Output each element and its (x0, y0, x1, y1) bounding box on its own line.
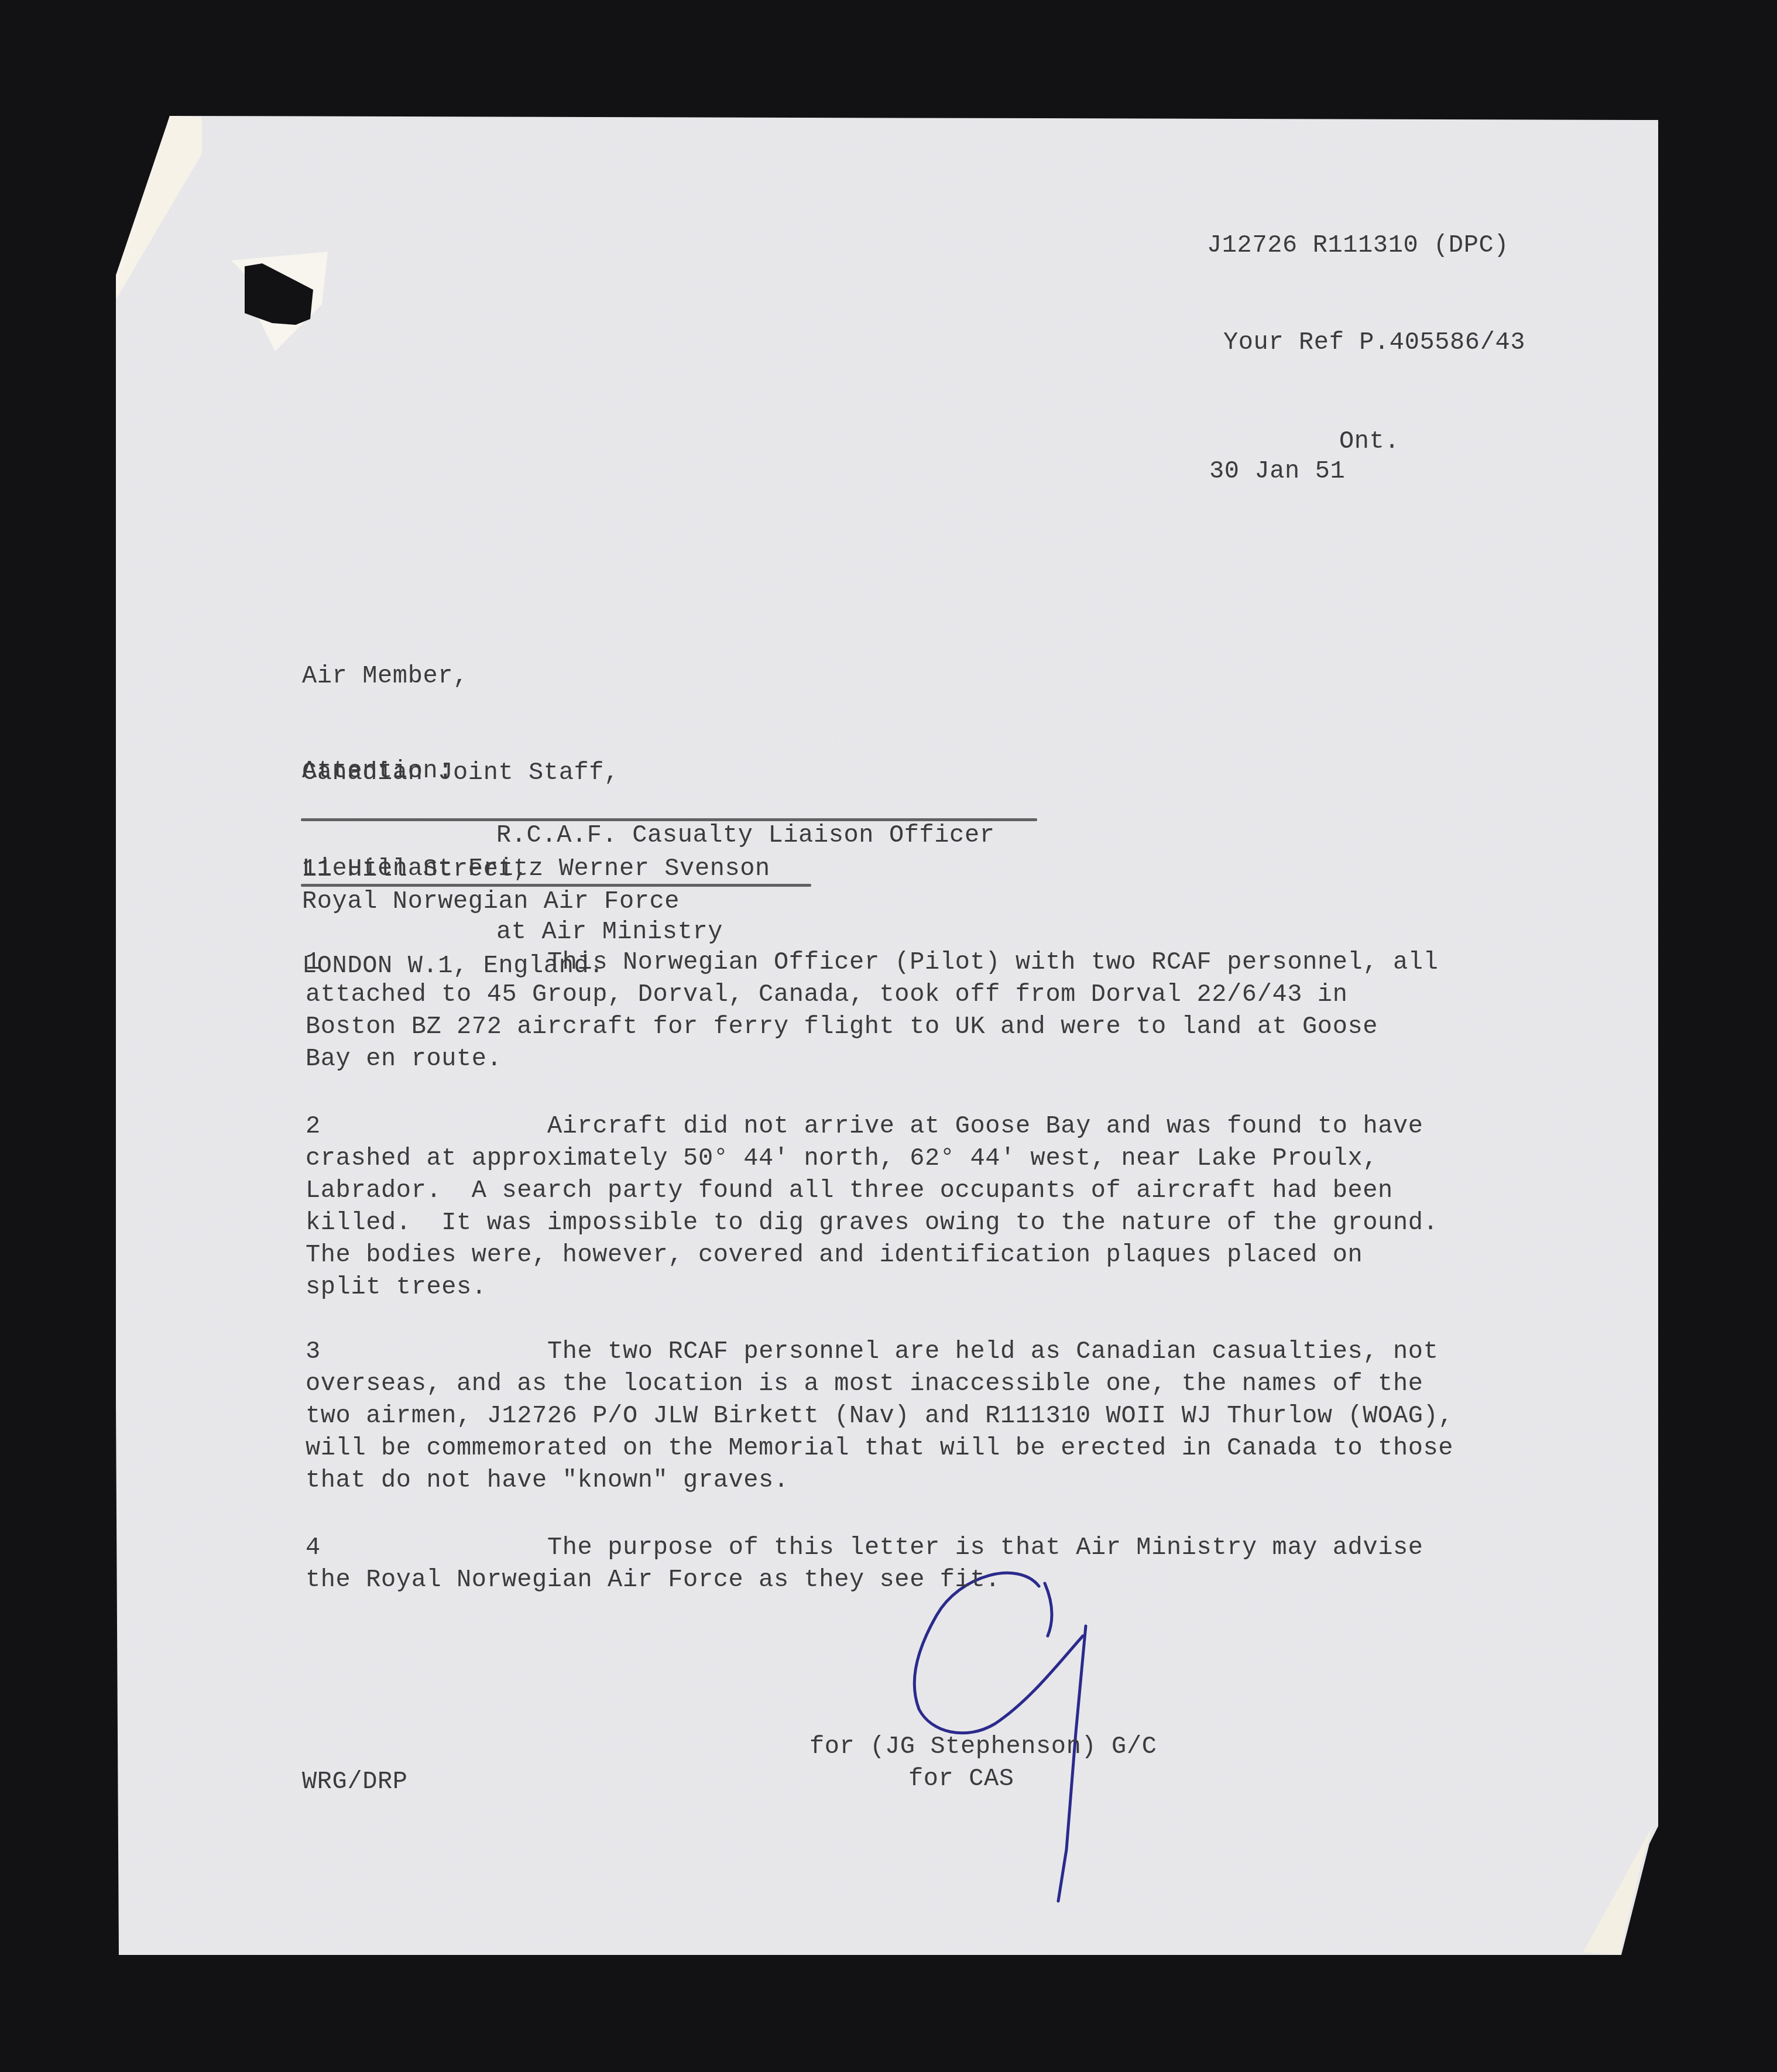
signature-line-2: for CAS (908, 1763, 1014, 1795)
paragraph-number: 3 (306, 1336, 321, 1368)
place: Ont. (1339, 426, 1399, 458)
paragraph-line: This Norwegian Officer (Pilot) with two … (547, 946, 1438, 979)
paragraph-number: 2 (306, 1110, 321, 1143)
paragraph-line: overseas, and as the location is a most … (306, 1368, 1423, 1400)
date: 30 Jan 51 (1209, 455, 1345, 488)
your-reference: Your Ref P.405586/43 (1223, 327, 1525, 359)
paragraph-line: Boston BZ 272 aircraft for ferry flight … (306, 1011, 1378, 1043)
paragraph-line: The purpose of this letter is that Air M… (547, 1532, 1423, 1564)
paragraph-line: Labrador. A search party found all three… (306, 1175, 1393, 1207)
addressee-line: Air Member, (302, 660, 619, 692)
attention-underline (301, 818, 1037, 821)
paragraph-line: will be commemorated on the Memorial tha… (306, 1432, 1453, 1464)
paragraph-line: The bodies were, however, covered and id… (306, 1239, 1363, 1271)
paragraph-number: 4 (306, 1532, 321, 1564)
scanned-letter: J12726 R111310 (DPC) Your Ref P.405586/4… (0, 0, 1777, 2072)
paragraph-line: that do not have "known" graves. (306, 1464, 789, 1497)
paragraph-line: The two RCAF personnel are held as Canad… (547, 1336, 1438, 1368)
attention-label: Attention: (302, 755, 453, 787)
file-references: J12726 R111310 (DPC) (1207, 229, 1509, 262)
subject-service: Royal Norwegian Air Force (302, 886, 680, 918)
attention-line-2: at Air Ministry (496, 916, 995, 948)
reference-initials: WRG/DRP (302, 1766, 408, 1798)
paragraph-line: Bay en route. (306, 1043, 502, 1075)
paragraph-line: the Royal Norwegian Air Force as they se… (306, 1564, 1000, 1596)
paragraph-line: killed. It was impossible to dig graves … (306, 1207, 1438, 1239)
signature-line-1: for (JG Stephenson) G/C (809, 1731, 1157, 1763)
paragraph-line: two airmen, J12726 P/O JLW Birkett (Nav)… (306, 1400, 1453, 1432)
paragraph-number: 1 (306, 946, 321, 979)
paragraph-line: split trees. (306, 1271, 487, 1303)
paragraph-line: crashed at approximately 50° 44' north, … (306, 1143, 1378, 1175)
paragraph-line: Aircraft did not arrive at Goose Bay and… (547, 1110, 1423, 1143)
subject-name: Lieutenant Fritz Werner Svenson (302, 853, 770, 885)
attention-line-1: R.C.A.F. Casualty Liaison Officer (496, 819, 995, 852)
paragraph-line: attached to 45 Group, Dorval, Canada, to… (306, 979, 1347, 1011)
